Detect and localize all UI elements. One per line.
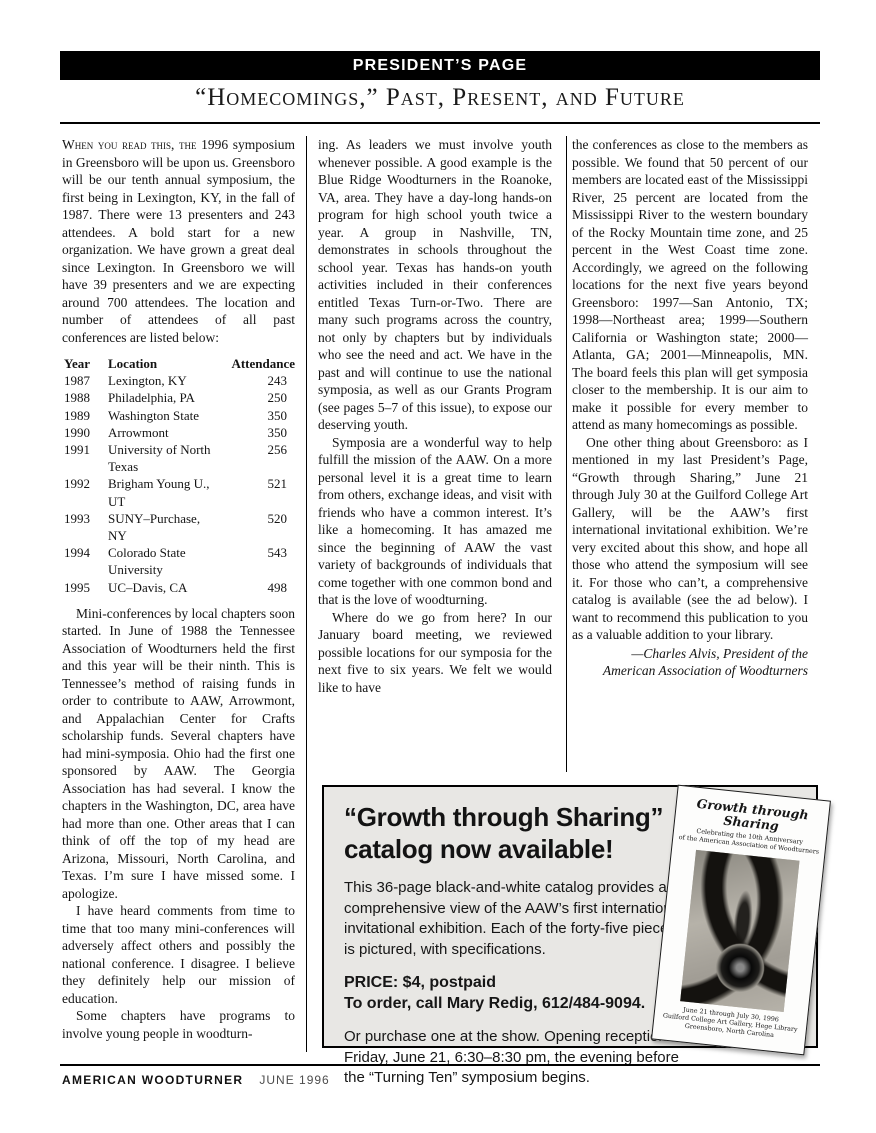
footer-rule: [60, 1064, 820, 1066]
ad-price: PRICE: $4, postpaid: [344, 972, 690, 993]
ad-heading: “Growth through Sharing” catalog now ava…: [344, 801, 704, 865]
byline-line: —Charles Alvis, President of the: [572, 645, 808, 663]
magazine-page: PRESIDENT’S PAGE “Homecomings,” Past, Pr…: [0, 0, 876, 1133]
table-row: 1995 UC–Davis, CA 498: [64, 579, 295, 596]
column-3: the conferences as close to the members …: [572, 136, 808, 680]
table-row: 1993 SUNY–Purchase, NY 520: [64, 510, 295, 544]
section-banner-label: PRESIDENT’S PAGE: [353, 57, 528, 74]
column-divider-2: [566, 136, 567, 772]
ad-order-info: To order, call Mary Redig, 612/484-9094.: [344, 993, 690, 1014]
byline-line: American Association of Woodturners: [572, 662, 808, 680]
catalog-cover-photo: [680, 850, 799, 1012]
paragraph: One other thing about Greensboro: as I m…: [572, 434, 808, 644]
catalog-cover: Growth through Sharing Celebrating the 1…: [651, 785, 831, 1056]
header-rule: [60, 122, 820, 124]
author-byline: —Charles Alvis, President of the America…: [572, 645, 808, 680]
paragraph: Some chapters have programs to involve y…: [62, 1007, 295, 1042]
lead-in-text: When you read this, the 1996: [62, 137, 228, 152]
table-header-location: Location: [108, 355, 219, 372]
column-divider-1: [306, 136, 307, 1052]
table-header-year: Year: [64, 355, 108, 372]
paragraph: When you read this, the 1996 symposium i…: [62, 136, 295, 346]
table-header-attendance: Attendance: [219, 355, 295, 372]
article-title: “Homecomings,” Past, Present, and Future: [60, 84, 820, 112]
column-2: ing. As leaders we must involve youth wh…: [318, 136, 552, 783]
ad-price-block: PRICE: $4, postpaid To order, call Mary …: [344, 972, 690, 1014]
column-1: When you read this, the 1996 symposium i…: [62, 136, 295, 1052]
issue-date: JUNE 1996: [259, 1073, 329, 1087]
table-row: 1991 University of North Texas 256: [64, 441, 295, 475]
paragraph: the conferences as close to the members …: [572, 136, 808, 434]
ad-heading-line: catalog now available!: [344, 833, 704, 865]
table-header-row: Year Location Attendance: [64, 355, 295, 372]
table-row: 1992 Brigham Young U., UT 521: [64, 475, 295, 509]
attendance-table: Year Location Attendance 1987 Lexington,…: [64, 355, 295, 596]
table-row: 1990 Arrowmont 350: [64, 424, 295, 441]
ad-description: This 36-page black-and-white catalog pro…: [344, 878, 690, 960]
paragraph-text: symposium in Greensboro will be upon us.…: [62, 137, 295, 345]
table-row: 1987 Lexington, KY 243: [64, 372, 295, 389]
page-footer: AMERICAN WOODTURNERJUNE 1996: [62, 1073, 330, 1087]
ad-heading-line: “Growth through Sharing”: [344, 801, 704, 833]
paragraph: Mini-conferences by local chapters soon …: [62, 605, 295, 903]
section-banner: PRESIDENT’S PAGE: [60, 51, 820, 80]
magazine-name: AMERICAN WOODTURNER: [62, 1073, 243, 1087]
table-row: 1988 Philadelphia, PA 250: [64, 389, 295, 406]
paragraph: Symposia are a wonderful way to help ful…: [318, 434, 552, 609]
ad-reception-info: Or purchase one at the show. Opening rec…: [344, 1027, 690, 1089]
table-row: 1989 Washington State 350: [64, 407, 295, 424]
paragraph: I have heard comments from time to time …: [62, 902, 295, 1007]
paragraph: Where do we go from here? In our January…: [318, 609, 552, 697]
paragraph: ing. As leaders we must involve youth wh…: [318, 136, 552, 434]
table-row: 1994 Colorado State University 543: [64, 544, 295, 578]
